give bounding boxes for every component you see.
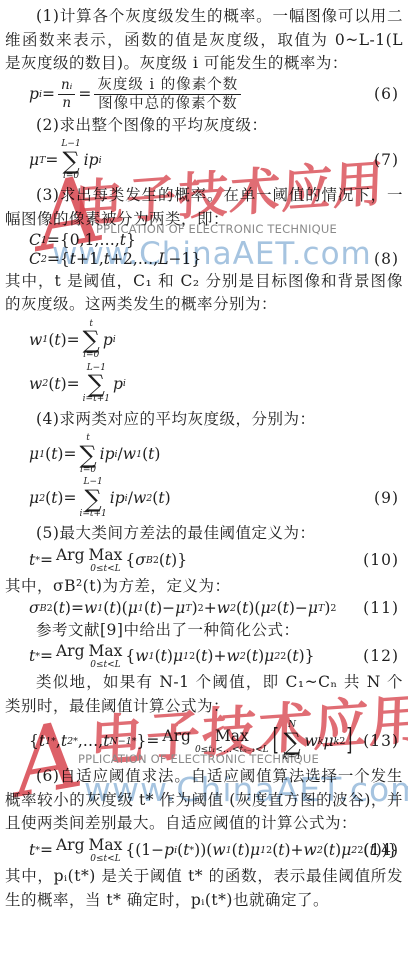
equation-body: t*=ArgMax0≤t<L{w1(t)μ12(t)+w2(t)μ22(t)} [29, 643, 315, 670]
math-token: Max0≤t<L [89, 547, 123, 574]
equation-10: t*=ArgMax0≤t<L{σB2(t)}(10) [29, 547, 403, 574]
math-token: L−1∑i=0 [61, 140, 80, 181]
math-token: = [40, 552, 53, 570]
math-token: σ [29, 600, 40, 618]
equation-body: pi=nᵢn=灰度级 i 的像素个数图像中总的像素个数 [29, 77, 244, 113]
equation-body: w1(t)=t∑i=0pi [29, 320, 116, 361]
equation-7: μT=L−1∑i=0ipi(7) [29, 140, 403, 181]
math-token: ) [192, 600, 198, 618]
math-token: } [126, 232, 136, 250]
math-token: Arg [162, 728, 191, 746]
math-token: w [212, 842, 225, 860]
math-token: )= [57, 446, 76, 464]
math-token: w [84, 600, 97, 618]
equation-8a: C1={0,1,…,t} [29, 232, 403, 250]
paragraph-10: (6)自适应阈值求法。自适应阈值算法选择一个发生概率较小的灰度级 t* 作为阈值… [5, 765, 403, 836]
math-token: w [217, 600, 230, 618]
math-token: }= [137, 733, 160, 751]
math-token: { [29, 733, 39, 751]
math-token: Max [89, 547, 123, 565]
math-token: Max [89, 643, 123, 661]
math-token: )} [171, 552, 187, 570]
math-token: μ [173, 648, 183, 666]
paragraph-7: 其中，σB²(t)为方差，定义为： [5, 575, 403, 599]
equation-body: {t1*,t2*,…,tN−1*}=ArgMax0≤t₁<…<tₙ₋₁<L[N∑… [29, 721, 353, 762]
math-token: Arg [56, 547, 85, 565]
math-token: w [123, 446, 136, 464]
math-token: μ [128, 600, 138, 618]
math-token: ))( [194, 842, 212, 860]
paragraph-5: (4)求两类对应的平均灰度级，分别为： [5, 408, 403, 432]
equation-number: (6) [374, 86, 399, 104]
math-token: μ [260, 600, 270, 618]
math-token: ,…, [78, 733, 103, 751]
article-page: (1)计算各个灰度级发生的概率。一幅图像可以用二维函数来表示，函数的值是灰度级，… [0, 0, 408, 957]
equation-body: t*=ArgMax0≤t<L{σB2(t)} [29, 547, 187, 574]
math-token: ∑ [284, 731, 301, 753]
math-token: μ [29, 490, 39, 508]
math-token: C [29, 251, 41, 269]
math-token: )= [65, 600, 84, 618]
math-token: +1, [76, 251, 104, 269]
math-token: i=0 [80, 466, 96, 476]
math-token: L−1∑i=t+1 [83, 364, 110, 405]
math-token: Max0≤t₁<…<tₙ₋₁<L [195, 728, 269, 755]
paragraph-11: 其中，pᵢ(t*) 是关于阈值 t* 的函数，表示最佳阈值所发生的概率，当 t*… [5, 865, 403, 912]
math-token: )( [116, 600, 128, 618]
math-token: ip [110, 490, 125, 508]
math-token: = [40, 648, 53, 666]
equation-number: (14) [363, 842, 399, 860]
math-token: μ [341, 842, 351, 860]
equation-w2: w2(t)=L−1∑i=t+1pi [29, 364, 403, 405]
math-token: + [204, 600, 217, 618]
math-token: ip [100, 446, 115, 464]
math-token: Max [89, 837, 123, 855]
math-token: ArgMax0≤t<L [56, 547, 122, 574]
math-token: ArgMax0≤t<L [56, 643, 122, 670]
math-token: p [113, 376, 123, 394]
math-token: C [29, 232, 41, 250]
math-token: μ [29, 446, 39, 464]
math-token: i=t+1 [83, 395, 110, 405]
math-token: i=0 [83, 351, 99, 361]
math-token: ] [346, 725, 352, 759]
math-token: [ [273, 725, 279, 759]
equation-body: σB2(t)=w1(t)(μ1(t)−μT)2+w2(t)(μ2(t)−μT)2 [29, 600, 336, 618]
math-token: k=1 [283, 753, 302, 763]
math-token: ={0,1,…, [47, 232, 120, 250]
math-token: )= [57, 490, 76, 508]
math-token: ={ [47, 251, 70, 269]
math-token: n [62, 95, 71, 112]
paragraph-6: (5)最大类间方差法的最佳阈值定义为： [5, 522, 403, 546]
equation-body: μ2(t)=L−1∑i=t+1ipi/w2(t) [29, 478, 171, 519]
equation-body: t*=ArgMax0≤t<L{(1−pi(t*))(w1(t)μ12(t)+w2… [29, 837, 398, 864]
math-token: ip [84, 152, 99, 170]
math-token: )− [289, 600, 308, 618]
equation-number: (9) [374, 490, 399, 508]
math-token: 灰度级 i 的像素个数 [94, 77, 241, 96]
paragraph-4: 其中，t 是阈值，C₁ 和 C₂ 分别是目标图像和背景图像的灰度级。这两类发生的… [5, 270, 403, 317]
math-token: = [40, 842, 53, 860]
math-token: )( [248, 600, 260, 618]
equation-14: t*=ArgMax0≤t<L{(1−pi(t*))(w1(t)μ12(t)+w2… [29, 837, 403, 864]
math-token: { [125, 552, 135, 570]
math-token: w [29, 332, 42, 350]
equation-w1: w1(t)=t∑i=0pi [29, 320, 403, 361]
math-token: μ [29, 152, 39, 170]
math-token: )} [299, 648, 315, 666]
math-token: t∑i=0 [83, 320, 100, 361]
equation-9a: μ1(t)=t∑i=0ipi/w1(t) [29, 434, 403, 475]
math-token: w [29, 376, 42, 394]
math-token: w [304, 733, 317, 751]
paragraph-1: (1)计算各个灰度级发生的概率。一幅图像可以用二维函数来表示，函数的值是灰度级，… [5, 5, 403, 76]
math-token: )− [156, 600, 175, 618]
math-token: 0≤t<L [90, 565, 120, 575]
math-token: = [45, 152, 58, 170]
equation-number: (13) [363, 733, 399, 751]
math-token: t∑i=0 [79, 434, 96, 475]
math-token: +2,…, [110, 251, 158, 269]
math-token: {(1− [125, 842, 164, 860]
math-token: μ [324, 733, 334, 751]
equation-body: w2(t)=L−1∑i=t+1pi [29, 364, 126, 405]
paragraph-2: (2)求出整个图像的平均灰度级： [5, 114, 403, 138]
math-token: w [304, 842, 317, 860]
math-token: )+ [207, 648, 226, 666]
math-token: ) [165, 490, 171, 508]
math-token: μ [175, 600, 185, 618]
equation-body: C2={t+1,t+2,…,L−1} [29, 251, 201, 269]
math-token: nᵢ [58, 78, 75, 96]
math-token: = [78, 86, 91, 104]
math-token: μ [250, 842, 260, 860]
math-token: 0≤t<L [90, 661, 120, 671]
math-token: )+ [284, 842, 303, 860]
equation-number: (8) [374, 251, 399, 269]
math-token: L [158, 251, 168, 269]
math-token: i=0 [63, 172, 79, 182]
math-token: 0≤t₁<…<tₙ₋₁<L [195, 746, 269, 756]
equation-11: σB2(t)=w1(t)(μ1(t)−μT)2+w2(t)(μ2(t)−μT)2… [29, 600, 403, 618]
equation-9b: μ2(t)=L−1∑i=t+1ipi/w2(t)(9) [29, 478, 403, 519]
math-token: p [164, 842, 174, 860]
equation-body: μ1(t)=t∑i=0ipi/w1(t) [29, 434, 160, 475]
math-token: w [133, 490, 146, 508]
math-token: ∑ [88, 373, 105, 395]
math-token: 图像中总的像素个数 [98, 95, 238, 113]
equation-12: t*=ArgMax0≤t<L{w1(t)μ12(t)+w2(t)μ22(t)}(… [29, 643, 403, 670]
math-token: σ [135, 552, 146, 570]
math-token: w [135, 648, 148, 666]
equation-number: (12) [363, 648, 399, 666]
math-token: ArgMax0≤t₁<…<tₙ₋₁<L [162, 728, 268, 755]
math-token: )= [61, 376, 80, 394]
math-token: μ [308, 600, 318, 618]
paragraph-9: 类似地，如果有 N-1 个阈值，即 C₁~Cₙ 共 N 个类别时，最佳阈值计算公… [5, 671, 403, 718]
math-token: 0≤t<L [90, 855, 120, 865]
math-token: Max0≤t<L [89, 837, 123, 864]
math-token: nᵢn [58, 78, 75, 112]
math-token: ∑ [62, 150, 79, 172]
paragraph-3: (3)求出每类发生的概率。在单一阈值的情况下，一幅图像的像素被分为两类，即： [5, 184, 403, 231]
math-token: Arg [56, 837, 85, 855]
equation-body: μT=L−1∑i=0ipi [29, 140, 102, 181]
math-token: ∑ [79, 444, 96, 466]
math-token: Max0≤t<L [89, 643, 123, 670]
equation-number: (10) [363, 552, 399, 570]
equation-8b: C2={t+1,t+2,…,L−1}(8) [29, 251, 403, 269]
math-token: μ [264, 648, 274, 666]
equation-6: pi=nᵢn=灰度级 i 的像素个数图像中总的像素个数(6) [29, 77, 403, 113]
math-token: { [125, 648, 135, 666]
math-token: )= [61, 332, 80, 350]
math-token: ArgMax0≤t<L [56, 837, 122, 864]
math-token: ∑ [85, 488, 102, 510]
math-token: p [29, 86, 39, 104]
math-token: Max [215, 728, 249, 746]
math-token: Arg [56, 643, 85, 661]
math-token: i=t+1 [79, 510, 106, 520]
equation-number: (7) [374, 152, 399, 170]
math-token: 灰度级 i 的像素个数图像中总的像素个数 [94, 77, 241, 113]
paragraph-8: 参考文献[9]中给出了一种简化公式： [5, 619, 403, 643]
equation-body: C1={0,1,…,t} [29, 232, 136, 250]
equation-number: (11) [363, 600, 399, 618]
math-token: N∑k=1 [283, 721, 302, 762]
math-token: ) [154, 446, 160, 464]
math-token: ∑ [83, 329, 100, 351]
math-token: L−1∑i=t+1 [79, 478, 106, 519]
math-token: −1} [169, 251, 202, 269]
math-token: p [103, 332, 113, 350]
math-token: w [226, 648, 239, 666]
equation-13: {t1*,t2*,…,tN−1*}=ArgMax0≤t₁<…<tₙ₋₁<L[N∑… [29, 721, 403, 762]
math-token: = [42, 86, 55, 104]
